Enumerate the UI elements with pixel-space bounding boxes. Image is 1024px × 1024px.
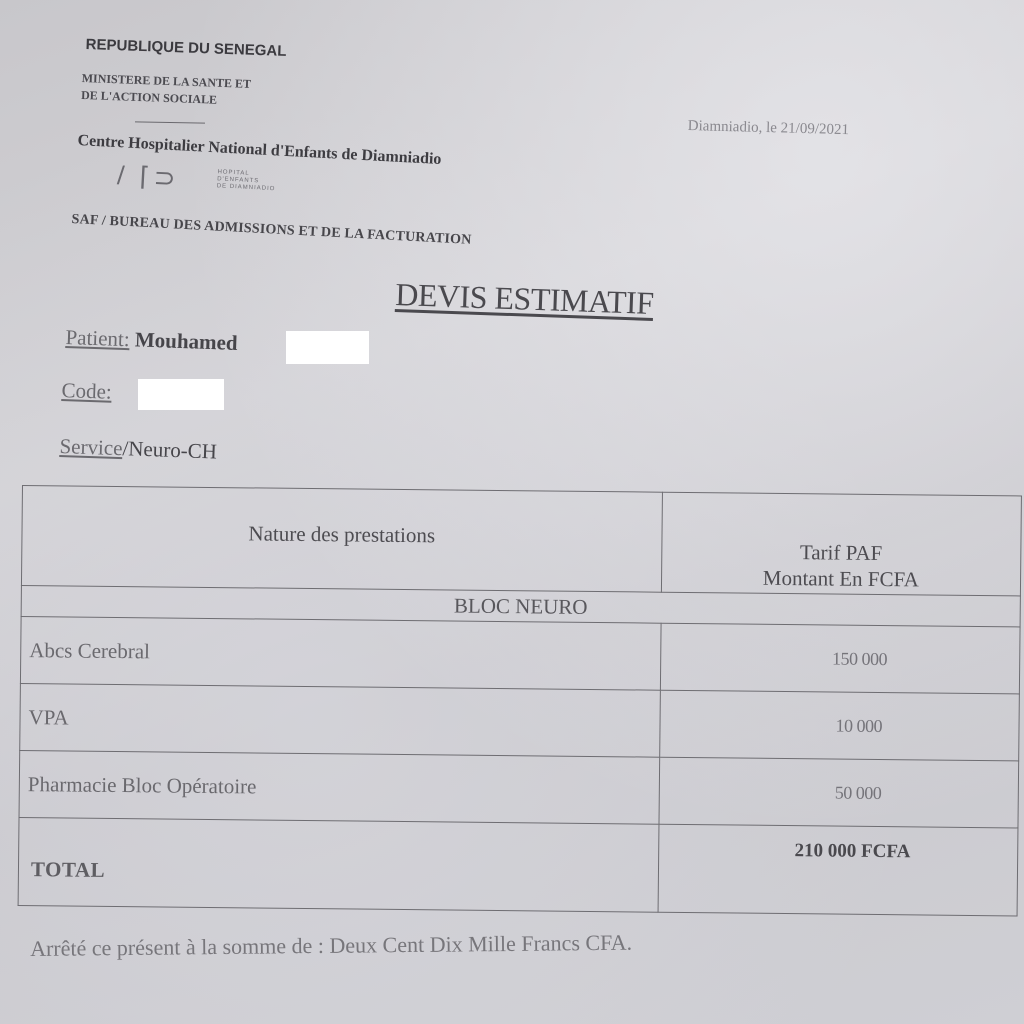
row-label: VPA <box>20 683 660 757</box>
estimate-table: Nature des prestations Tarif PAF Montant… <box>18 485 1022 916</box>
service-value: /Neuro-CH <box>122 436 217 463</box>
code-field: Code: <box>61 378 112 405</box>
row-amount: 10 000 <box>659 690 1019 761</box>
row-amount: 150 000 <box>660 623 1020 694</box>
header-tarif-line-2: Montant En FCFA <box>663 564 1020 594</box>
header-tarif: Tarif PAF Montant En FCFA <box>661 492 1021 596</box>
table-row: Abcs Cerebral 150 000 <box>20 616 1020 693</box>
table-row: VPA 10 000 <box>20 683 1020 760</box>
redaction-code <box>138 379 224 410</box>
code-label: Code: <box>61 378 112 404</box>
ministry-header: MINISTERE DE LA SANTE ET DE L'ACTION SOC… <box>81 70 251 110</box>
logo-text: HOPITAL D'ENFANTS DE DIAMNIADIO <box>217 169 277 193</box>
table-row: Pharmacie Bloc Opératoire 50 000 <box>19 750 1019 827</box>
service-label: Service <box>59 434 123 460</box>
row-label: Pharmacie Bloc Opératoire <box>19 750 659 824</box>
patient-label: Patient: <box>65 325 130 351</box>
estimate-table-container: Nature des prestations Tarif PAF Montant… <box>18 485 1024 916</box>
logo-mark-icon: / ⌈⊃ <box>116 160 180 194</box>
header-nature: Nature des prestations <box>21 486 662 593</box>
total-label: TOTAL <box>18 817 658 912</box>
header-tarif-line-1: Tarif PAF <box>663 538 1020 568</box>
redaction-patient-surname <box>286 331 369 364</box>
patient-name: Mouhamed <box>135 327 238 355</box>
table-header-row: Nature des prestations Tarif PAF Montant… <box>21 486 1021 596</box>
total-amount: 210 000 FCFA <box>658 824 1018 916</box>
total-row: TOTAL 210 000 FCFA <box>18 817 1018 915</box>
row-amount: 50 000 <box>659 757 1019 828</box>
row-label: Abcs Cerebral <box>20 616 660 690</box>
